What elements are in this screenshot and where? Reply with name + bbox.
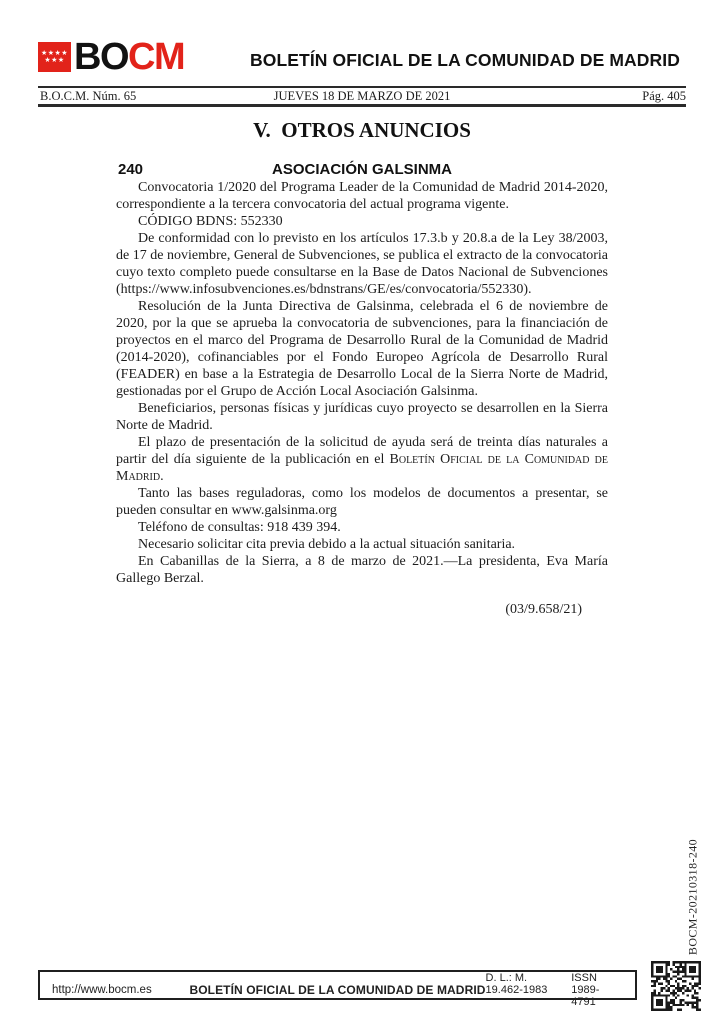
article-number: 240 (118, 161, 143, 178)
article-content: V. OTROS ANUNCIOS 240 ASOCIACIÓN GALSINM… (116, 112, 608, 618)
bulletin-title: BOLETÍN OFICIAL DE LA COMUNIDAD DE MADRI… (240, 50, 690, 71)
qr-code (651, 961, 701, 1011)
section-title: V. OTROS ANUNCIOS (116, 118, 608, 143)
issue-date: JUEVES 18 DE MARZO DE 2021 (274, 89, 451, 104)
header-rule-bottom (38, 104, 686, 107)
paragraph-legal: De conformidad con lo previsto en los ar… (116, 230, 608, 298)
madrid-flag-icon: ★★★★ ★★★ (38, 42, 71, 72)
article-organization: ASOCIACIÓN GALSINMA (116, 161, 608, 178)
vertical-document-id: BOCM-20210318-240 (686, 839, 701, 955)
footer-legal: D. L.: M. 19.462-1983 ISSN 1989-4791 (486, 972, 623, 1008)
wordmark-cm: CM (128, 36, 184, 78)
paragraph-resolution: Resolución de la Junta Directiva de Gals… (116, 298, 608, 400)
bdns-code-line: CÓDIGO BDNS: 552330 (116, 213, 608, 230)
paragraph-phone: Teléfono de consultas: 918 439 394. (116, 519, 608, 536)
issue-number: B.O.C.M. Núm. 65 (40, 89, 136, 104)
paragraph-signature: En Cabanillas de la Sierra, a 8 de marzo… (116, 553, 608, 587)
bulletin-page: ★★★★ ★★★ BOCM BOLETÍN OFICIAL DE LA COMU… (0, 0, 724, 1024)
deposit-legal: D. L.: M. 19.462-1983 (486, 972, 554, 1008)
page-number: Pág. 405 (642, 89, 686, 104)
footer-bar: http://www.bocm.es BOLETÍN OFICIAL DE LA… (38, 970, 637, 1000)
footer-url: http://www.bocm.es (52, 984, 152, 996)
header-meta-row: B.O.C.M. Núm. 65 JUEVES 18 DE MARZO DE 2… (38, 89, 686, 103)
header-rule-top (38, 86, 686, 88)
issn: ISSN 1989-4791 (571, 972, 623, 1008)
paragraph-beneficiaries: Beneficiarios, personas físicas y jurídi… (116, 400, 608, 434)
bocm-wordmark: BOCM (74, 42, 184, 72)
paragraph-deadline: El plazo de presentación de la solicitud… (116, 434, 608, 485)
paragraph-appointment: Necesario solicitar cita previa debido a… (116, 536, 608, 553)
flag-stars-bottom: ★★★ (44, 57, 64, 65)
bocm-logo: ★★★★ ★★★ BOCM (38, 42, 184, 72)
footer-title: BOLETÍN OFICIAL DE LA COMUNIDAD DE MADRI… (189, 983, 485, 997)
paragraph-intro: Convocatoria 1/2020 del Programa Leader … (116, 179, 608, 213)
article-header: 240 ASOCIACIÓN GALSINMA (116, 161, 608, 179)
paragraph-bases: Tanto las bases reguladoras, como los mo… (116, 485, 608, 519)
reference-code: (03/9.658/21) (116, 602, 608, 618)
deadline-text-after: . (160, 469, 164, 484)
wordmark-bo: BO (74, 36, 128, 78)
